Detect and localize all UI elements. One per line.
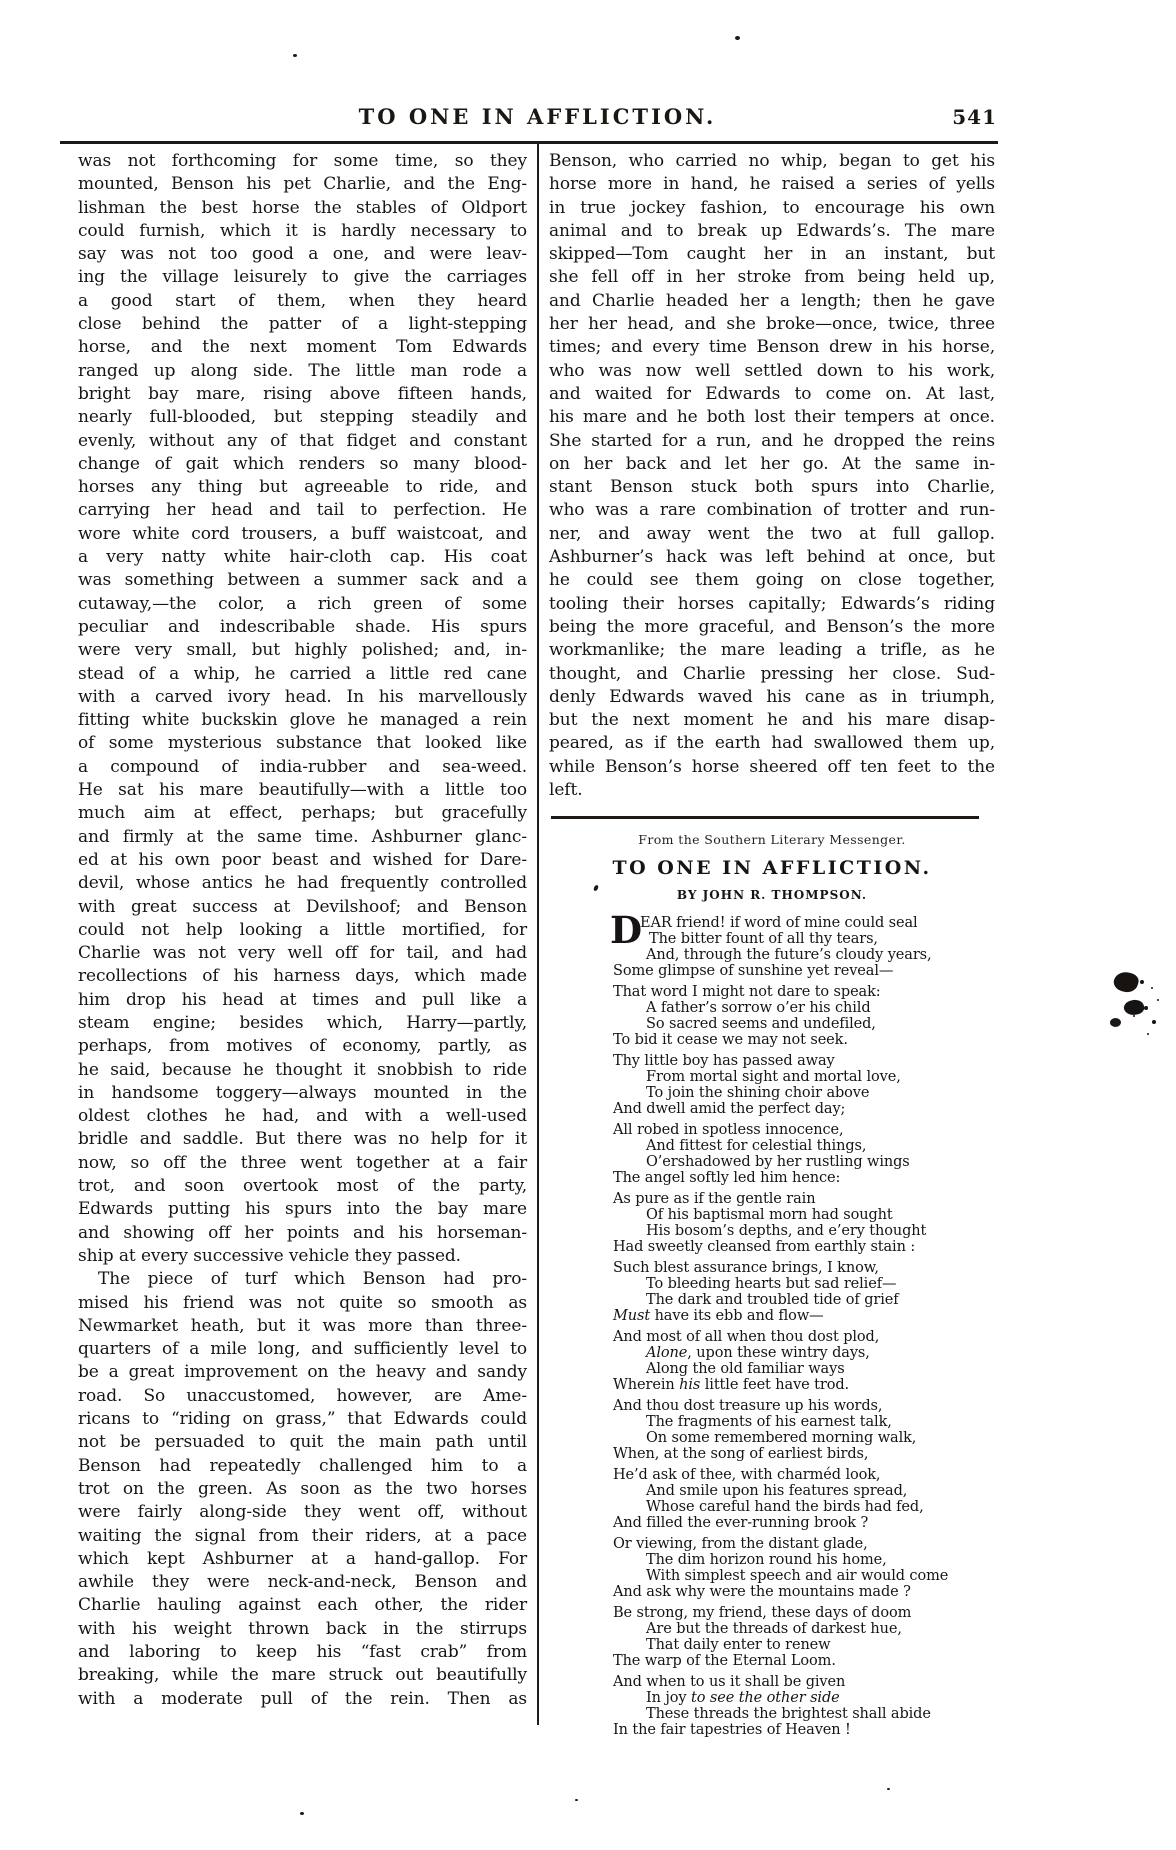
ink-blot [1110,1018,1121,1027]
poem-line: His bosom’s depths, and e’ery thought [613,1223,953,1239]
prose-line: Newmarket heath, but it was more than th… [78,1315,527,1338]
poem-line: The angel softly led him hence: [613,1170,953,1186]
prose-line: was not forthcoming for some time, so th… [78,150,527,173]
poem-line: And fittest for celestial things, [613,1138,953,1154]
prose-line: while Benson’s horse sheered off ten fee… [549,756,995,779]
poem-line: Such blest assurance brings, I know, [613,1260,953,1276]
prose-line: peculiar and indescribable shade. His sp… [78,616,527,639]
poem-line: To bleeding hearts but sad relief— [613,1276,953,1292]
poem-stanza: All robed in spotless innocence,And fitt… [613,1122,953,1186]
prose-line: him drop his head at times and pull like… [78,989,527,1012]
poem-line: With simplest speech and air would come [613,1568,953,1584]
prose-line: he said, because he thought it snobbish … [78,1059,527,1082]
prose-line: ed at his own poor beast and wished for … [78,849,527,872]
poem-line: The warp of the Eternal Loom. [613,1653,953,1669]
prose-line: close behind the patter of a light-stepp… [78,313,527,336]
ink-blot [1111,969,1140,995]
poem-line: Are but the threads of darkest hue, [613,1621,953,1637]
prose-line: mounted, Benson his pet Charlie, and the… [78,173,527,196]
poem-stanza: Thy little boy has passed awayFrom morta… [613,1053,953,1117]
magazine-page-scan: TO ONE IN AFFLICTION. 541 was not forthc… [0,0,1176,1850]
prose-line: skipped—Tom caught her in an instant, bu… [549,243,995,266]
prose-line: thought, and Charlie pressing her close.… [549,663,995,686]
paragraph: The piece of turf which Benson had pro-m… [78,1268,527,1711]
prose-line: were very small, but highly polished; an… [78,639,527,662]
poem-line: A father’s sorrow o’er his child [613,1000,953,1016]
prose-line: ner, and away went the two at full gallo… [549,523,995,546]
header-rule [60,141,998,144]
prose-line: in handsome toggery—always mounted in th… [78,1082,527,1105]
poem-stanza: And when to us it shall be givenIn joy t… [613,1674,953,1738]
prose-line: could furnish, which it is hardly necess… [78,220,527,243]
poem-line: On some remembered morning walk, [613,1430,953,1446]
prose-line: breaking, while the mare struck out beau… [78,1664,527,1687]
prose-line: cutaway,—the color, a rich green of some [78,593,527,616]
poem-line: That word I might not dare to speak: [613,984,953,1000]
prose-line: who was a rare combination of trotter an… [549,499,995,522]
prose-line: ing the village leisurely to give the ca… [78,266,527,289]
prose-line: devil, whose antics he had frequently co… [78,872,527,895]
poem-line: Be strong, my friend, these days of doom [613,1605,953,1621]
prose-line: steam engine; besides which, Harry—partl… [78,1012,527,1035]
prose-line: awhile they were neck-and-neck, Benson a… [78,1571,527,1594]
prose-line: left. [549,779,995,802]
prose-line: a very natty white hair-cloth cap. His c… [78,546,527,569]
prose-line: were fairly along-side they went off, wi… [78,1501,527,1524]
prose-line: and firmly at the same time. Ashburner g… [78,826,527,849]
poem-line: From mortal sight and mortal love, [613,1069,953,1085]
prose-line: with a carved ivory head. In his marvell… [78,686,527,709]
scan-speck [887,1788,890,1790]
prose-line: carrying her head and tail to perfection… [78,499,527,522]
poem-line: Some glimpse of sunshine yet reveal— [613,963,953,979]
scan-speck [575,1799,578,1801]
prose-line: could not help looking a little mortifie… [78,919,527,942]
prose-line: denly Edwards waved his cane as in trium… [549,686,995,709]
prose-line: bright bay mare, rising above fifteen ha… [78,383,527,406]
prose-line: oldest clothes he had, and with a well-u… [78,1105,527,1128]
prose-line: who was now well settled down to his wor… [549,360,995,383]
poem-line: Or viewing, from the distant glade, [613,1536,953,1552]
prose-line: perhaps, from motives of economy, partly… [78,1035,527,1058]
prose-line: road. So unaccustomed, however, are Ame- [78,1385,527,1408]
prose-line: She started for a run, and he dropped th… [549,430,995,453]
poem-line: The dark and troubled tide of grief [613,1292,953,1308]
prose-line: ricans to “riding on grass,” that Edward… [78,1408,527,1431]
prose-line: nearly full-blooded, but stepping steadi… [78,406,527,429]
prose-line: Charlie hauling against each other, the … [78,1594,527,1617]
prose-line: horse more in hand, he raised a series o… [549,173,995,196]
prose-line: The piece of turf which Benson had pro- [78,1268,527,1291]
poem-line: Thy little boy has passed away [613,1053,953,1069]
prose-line: stead of a whip, he carried a little red… [78,663,527,686]
column-divider [537,141,539,1725]
poem-line: Alone, upon these wintry days, [613,1345,953,1361]
prose-line: wore white cord trousers, a buff waistco… [78,523,527,546]
poem-stanza: And most of all when thou dost plod,Alon… [613,1329,953,1393]
drop-cap-letter: D [610,915,642,946]
poem-attribution: From the Southern Literary Messenger. [549,828,995,851]
poem-line: In joy to see the other side [613,1690,953,1706]
prose-line: trot on the green. As soon as the two ho… [78,1478,527,1501]
paragraph: was not forthcoming for some time, so th… [78,150,527,1268]
poem-line: That daily enter to renew [613,1637,953,1653]
poem-line: EAR friend! if word of mine could seal [613,915,953,931]
prose-line: was something between a summer sack and … [78,569,527,592]
prose-line: much aim at effect, perhaps; but gracefu… [78,802,527,825]
poem-line: Had sweetly cleansed from earthly stain … [613,1239,953,1255]
poem-line: Must have its ebb and flow— [613,1308,953,1324]
scan-speck [735,36,740,40]
prose-line: bridle and saddle. But there was no help… [78,1128,527,1151]
poem-line: And when to us it shall be given [613,1674,953,1690]
prose-line: on her back and let her go. At the same … [549,453,995,476]
poem-line: And smile upon his features spread, [613,1483,953,1499]
poem-stanza: DEAR friend! if word of mine could sealT… [613,915,953,979]
prose-line: Ashburner’s hack was left behind at once… [549,546,995,569]
prose-line: with a moderate pull of the rein. Then a… [78,1688,527,1711]
prose-line: peared, as if the earth had swallowed th… [549,732,995,755]
prose-line: trot, and soon overtook most of the part… [78,1175,527,1198]
prose-line: quarters of a mile long, and sufficientl… [78,1338,527,1361]
poem-line: And ask why were the mountains made ? [613,1584,953,1600]
running-head-title: TO ONE IN AFFLICTION. [78,104,997,129]
prose-line: her her head, and she broke—once, twice,… [549,313,995,336]
right-column: Benson, who carried no whip, began to ge… [549,150,995,1743]
prose-line: which kept Ashburner at a hand-gallop. F… [78,1548,527,1571]
prose-line: now, so off the three went together at a… [78,1152,527,1175]
paragraph: Benson, who carried no whip, began to ge… [549,150,995,802]
poem-line: He’d ask of thee, with charméd look, [613,1467,953,1483]
poem-stanza: He’d ask of thee, with charméd look,And … [613,1467,953,1531]
prose-line: and showing off her points and his horse… [78,1222,527,1245]
prose-line: recollections of his harness days, which… [78,965,527,988]
poem-line: As pure as if the gentle rain [613,1191,953,1207]
prose-line: evenly, without any of that fidget and c… [78,430,527,453]
poem-stanza: That word I might not dare to speak:A fa… [613,984,953,1048]
poem-line: Wherein his little feet have trod. [613,1377,953,1393]
poem-line: To join the shining choir above [613,1085,953,1101]
prose-line: being the more graceful, and Benson’s th… [549,616,995,639]
poem-line: In the fair tapestries of Heaven ! [613,1722,953,1738]
poem-line: So sacred seems and undefiled, [613,1016,953,1032]
prose-line: ship at every successive vehicle they pa… [78,1245,527,1268]
prose-line: animal and to break up Edwards’s. The ma… [549,220,995,243]
ink-smudge [1106,966,1168,1044]
prose-line: of some mysterious substance that looked… [78,732,527,755]
poem-stanza: As pure as if the gentle rainOf his bapt… [613,1191,953,1255]
poem-line: Whose careful hand the birds had fed, [613,1499,953,1515]
poem-line: And filled the ever-running brook ? [613,1515,953,1531]
prose-line: be a great improvement on the heavy and … [78,1361,527,1384]
poem-line: And most of all when thou dost plod, [613,1329,953,1345]
prose-line: tooling their horses capitally; Edwards’… [549,593,995,616]
poem-stanza: And thou dost treasure up his words,The … [613,1398,953,1462]
poem-byline: BY JOHN R. THOMPSON. [549,884,995,907]
prose-line: and laboring to keep his “fast crab” fro… [78,1641,527,1664]
poem-stanza: Such blest assurance brings, I know,To b… [613,1260,953,1324]
prose-line: with great success at Devilshoof; and Be… [78,896,527,919]
left-column: was not forthcoming for some time, so th… [78,150,527,1711]
prose-line: mised his friend was not quite so smooth… [78,1292,527,1315]
prose-line: change of gait which renders so many blo… [78,453,527,476]
poem-line: The bitter fount of all thy tears, [613,931,953,947]
prose-line: Benson, who carried no whip, began to ge… [549,150,995,173]
prose-line: she fell off in her stroke from being he… [549,266,995,289]
prose-line: say was not too good a one, and were lea… [78,243,527,266]
poem-line: To bid it cease we may not seek. [613,1032,953,1048]
prose-line: in true jockey fashion, to encourage his… [549,197,995,220]
prose-line: a good start of them, when they heard [78,290,527,313]
prose-line: with his weight thrown back in the stirr… [78,1618,527,1641]
prose-line: He sat his mare beautifully—with a littl… [78,779,527,802]
poem-line: Along the old familiar ways [613,1361,953,1377]
poem-section-rule [551,816,979,819]
poem-title: TO ONE IN AFFLICTION. [549,857,995,880]
prose-line: Charlie was not very well off for tail, … [78,942,527,965]
prose-line: but the next moment he and his mare disa… [549,709,995,732]
prose-line: Benson had repeatedly challenged him to … [78,1455,527,1478]
prose-line: stant Benson stuck both spurs into Charl… [549,476,995,499]
ink-speckles [1140,980,1144,984]
ink-blot [1122,998,1145,1017]
prose-line: workmanlike; the mare leading a trifle, … [549,639,995,662]
poem-line: When, at the song of earliest birds, [613,1446,953,1462]
poem-line: The fragments of his earnest talk, [613,1414,953,1430]
prose-line: horse, and the next moment Tom Edwards [78,336,527,359]
prose-line: a compound of india-rubber and sea-weed. [78,756,527,779]
prose-line: and Charlie headed her a length; then he… [549,290,995,313]
poem-line: O’ershadowed by her rustling wings [613,1154,953,1170]
prose-line: not be persuaded to quit the main path u… [78,1431,527,1454]
prose-line: ranged up along side. The little man rod… [78,360,527,383]
prose-line: he could see them going on close togethe… [549,569,995,592]
poem-line: These threads the brightest shall abide [613,1706,953,1722]
poem-stanza: Or viewing, from the distant glade,The d… [613,1536,953,1600]
poem-line: And dwell amid the perfect day; [613,1101,953,1117]
poem-line: The dim horizon round his home, [613,1552,953,1568]
poem-line: And thou dost treasure up his words, [613,1398,953,1414]
prose-line: Edwards putting his spurs into the bay m… [78,1198,527,1221]
prose-line: fitting white buckskin glove he managed … [78,709,527,732]
prose-line: horses any thing but agreeable to ride, … [78,476,527,499]
poem-line: All robed in spotless innocence, [613,1122,953,1138]
prose-line: and waited for Edwards to come on. At la… [549,383,995,406]
poem-stanza: Be strong, my friend, these days of doom… [613,1605,953,1669]
poem-body: DEAR friend! if word of mine could sealT… [613,915,953,1738]
poem-line: Of his baptismal morn had sought [613,1207,953,1223]
poem-line: And, through the future’s cloudy years, [613,947,953,963]
prose-line: lishman the best horse the stables of Ol… [78,197,527,220]
scan-speck [300,1812,304,1815]
right-column-prose: Benson, who carried no whip, began to ge… [549,150,995,802]
prose-line: his mare and he both lost their tempers … [549,406,995,429]
page-number: 541 [900,105,997,129]
prose-line: waiting the signal from their riders, at… [78,1525,527,1548]
prose-line: times; and every time Benson drew in his… [549,336,995,359]
scan-speck [293,54,297,57]
